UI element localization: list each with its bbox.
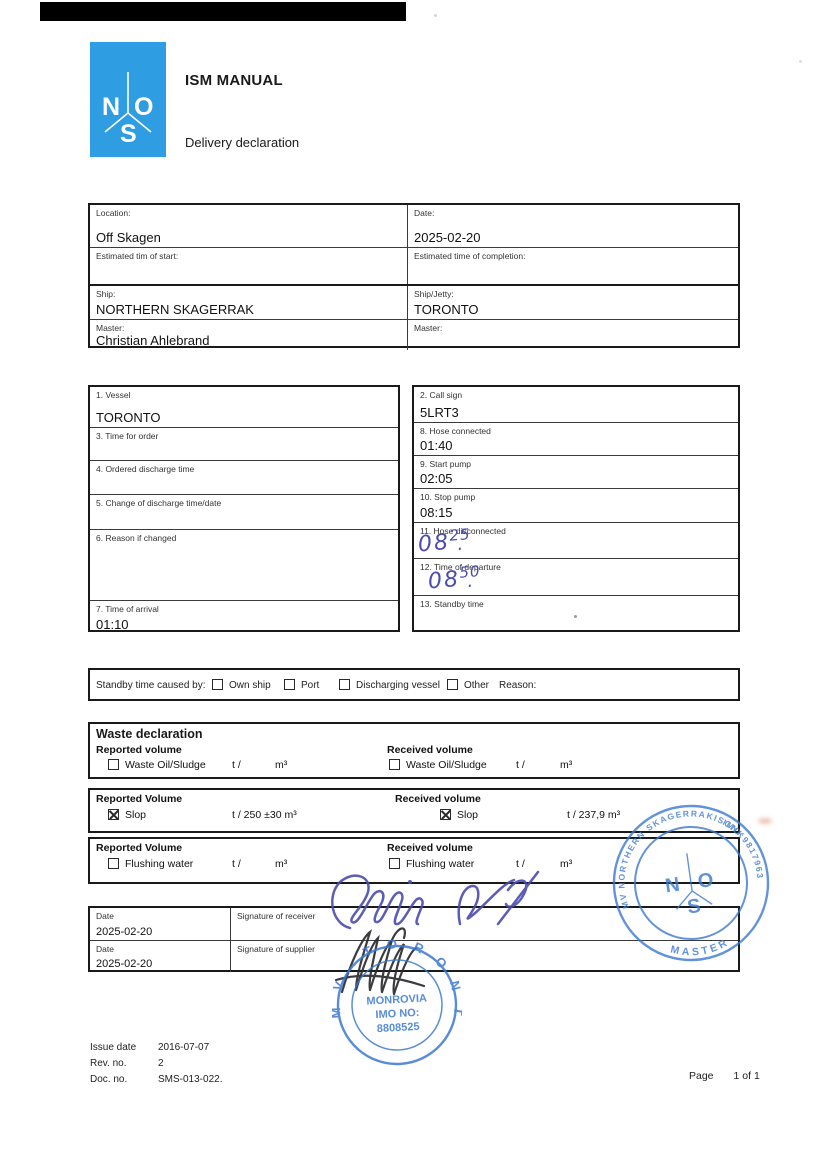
own-ship-label: Own ship	[229, 680, 271, 691]
header-row-master: Master: Christian Ahlebrand Master:	[90, 319, 738, 350]
supplier-date-label: Date	[96, 944, 114, 954]
received-flushing-unit: m³	[560, 858, 572, 870]
received-flushing-checkbox	[389, 858, 400, 869]
supplier-date-value: 2025-02-20	[96, 958, 152, 970]
reported-volume-header-3: Reported Volume	[96, 842, 182, 854]
scan-speck	[434, 14, 437, 17]
supplier-signature-row: Date 2025-02-20 Signature of supplier	[90, 940, 738, 972]
page-value: 1 of 1	[734, 1070, 760, 1082]
issue-date-row: Issue date 2016-07-07	[90, 1040, 222, 1056]
reported-oil-sludge-unit: m³	[275, 759, 287, 771]
estimated-completion-cell: Estimated time of completion:	[408, 248, 738, 284]
details-left-table: 1. Vessel TORONTO 3. Time for order 4. O…	[88, 385, 400, 632]
header-table: Location: Off Skagen Date: 2025-02-20 Es…	[88, 203, 740, 348]
toronto-stamp-imo-label: IMO NO:	[375, 1007, 420, 1021]
change-discharge-row: 5. Change of discharge time/date	[90, 494, 398, 529]
footer-document-info: Issue date 2016-07-07 Rev. no. 2 Doc. no…	[90, 1040, 222, 1088]
received-oil-sludge-checkbox	[389, 759, 400, 770]
time-of-arrival-label: 7. Time of arrival	[96, 604, 159, 614]
details-right-table: 2. Call sign 5LRT3 8. Hose connected 01:…	[412, 385, 740, 632]
reported-flushing-checkbox	[108, 858, 119, 869]
scan-speck	[574, 615, 577, 618]
stop-pump-row: 10. Stop pump 08:15	[414, 488, 738, 522]
issue-date-label: Issue date	[90, 1040, 158, 1056]
hose-connected-row: 8. Hose connected 01:40	[414, 422, 738, 455]
waste-declaration-title: Waste declaration	[96, 727, 203, 741]
rev-no-label: Rev. no.	[90, 1056, 158, 1072]
scan-smudge	[758, 818, 772, 824]
ship-jetty-value: TORONTO	[414, 302, 479, 317]
master-cell: Master: Christian Ahlebrand	[90, 320, 408, 350]
logo-letter-o: O	[134, 93, 153, 121]
received-volume-header-1: Received volume	[387, 744, 473, 756]
reported-volume-header-1: Reported volume	[96, 744, 182, 756]
ordered-discharge-label: 4. Ordered discharge time	[96, 464, 194, 474]
waste-declaration-box-flushing: Reported Volume Flushing water t / m³ Re…	[88, 837, 740, 884]
standby-caused-by-label: Standby time caused by:	[96, 680, 206, 691]
receiver-signature-row: Date 2025-02-20 Signature of receiver	[90, 908, 738, 940]
call-sign-value: 5LRT3	[420, 405, 459, 420]
vessel-value: TORONTO	[96, 410, 161, 425]
receiver-signature-cell: Signature of receiver	[231, 908, 738, 940]
supplier-signature-cell: Signature of supplier	[231, 941, 738, 972]
reported-slop-checkbox	[108, 809, 119, 820]
own-ship-checkbox	[212, 679, 223, 690]
vessel-label: 1. Vessel	[96, 390, 131, 400]
page-indicator: Page 1 of 1	[689, 1070, 760, 1082]
receiver-signature-label: Signature of receiver	[237, 911, 315, 921]
received-flushing-label: Flushing water	[406, 858, 474, 870]
supplier-signature-label: Signature of supplier	[237, 944, 315, 954]
nos-company-logo-icon: N O S	[90, 42, 166, 157]
reported-oil-sludge-checkbox	[108, 759, 119, 770]
header-row-estimated-times: Estimated tim of start: Estimated time o…	[90, 247, 738, 284]
ordered-discharge-row: 4. Ordered discharge time	[90, 460, 398, 494]
supplier-date-cell: Date 2025-02-20	[90, 941, 231, 972]
hose-disconnected-handwritten-value: 0825.	[417, 527, 478, 557]
other-label: Other	[464, 680, 489, 691]
estimated-start-cell: Estimated tim of start:	[90, 248, 408, 284]
receiver-date-value: 2025-02-20	[96, 926, 152, 938]
reason-changed-label: 6. Reason if changed	[96, 533, 176, 543]
redaction-bar	[40, 2, 406, 21]
stop-pump-value: 08:15	[420, 505, 453, 520]
document-subtitle: Delivery declaration	[185, 135, 299, 150]
date-cell: Date: 2025-02-20	[408, 205, 738, 247]
start-pump-row: 9. Start pump 02:05	[414, 455, 738, 488]
page-label: Page	[689, 1070, 714, 1082]
toronto-stamp-imo-number: 8808525	[377, 1021, 420, 1035]
scan-speck	[799, 60, 802, 63]
ship-value: NORTHERN SKAGERRAK	[96, 302, 254, 317]
ship-jetty-label: Ship/Jetty:	[414, 289, 454, 299]
logo-letter-s: S	[120, 120, 137, 148]
header-row-ship: Ship: NORTHERN SKAGERRAK Ship/Jetty: TOR…	[90, 284, 738, 319]
signature-table: Date 2025-02-20 Signature of receiver Da…	[88, 906, 740, 972]
received-volume-header-2: Received volume	[395, 793, 481, 805]
estimated-completion-label: Estimated time of completion:	[414, 251, 526, 261]
received-oil-sludge-unit: m³	[560, 759, 572, 771]
receiver-date-cell: Date 2025-02-20	[90, 908, 231, 940]
hose-connected-label: 8. Hose connected	[420, 426, 491, 436]
reported-flushing-label: Flushing water	[125, 858, 193, 870]
issue-date-value: 2016-07-07	[158, 1040, 209, 1056]
time-for-order-label: 3. Time for order	[96, 431, 158, 441]
call-sign-label: 2. Call sign	[420, 390, 462, 400]
hose-connected-value: 01:40	[420, 438, 453, 453]
reported-flushing-amount: t /	[232, 858, 241, 870]
reported-slop-label: Slop	[125, 809, 146, 821]
doc-no-row: Doc. no. SMS-013-022.	[90, 1072, 222, 1088]
date-value: 2025-02-20	[414, 230, 481, 245]
received-slop-label: Slop	[457, 809, 478, 821]
received-slop-amount: t / 237,9 m³	[567, 809, 620, 821]
standby-reason-label: Reason:	[499, 680, 536, 691]
port-label: Port	[301, 680, 319, 691]
call-sign-row: 2. Call sign 5LRT3	[414, 387, 738, 422]
time-for-order-row: 3. Time for order	[90, 427, 398, 460]
standby-caused-by-box: Standby time caused by: Own ship Port Di…	[88, 668, 740, 701]
master2-label: Master:	[414, 323, 442, 333]
time-of-departure-handwritten-value: 0850.	[427, 564, 488, 594]
rev-no-value: 2	[158, 1056, 164, 1072]
document-title: ISM MANUAL	[185, 72, 283, 89]
ship-cell: Ship: NORTHERN SKAGERRAK	[90, 286, 408, 319]
time-of-arrival-value: 01:10	[96, 617, 129, 632]
toronto-stamp-port: MONROVIA	[366, 992, 427, 1007]
vessel-row: 1. Vessel TORONTO	[90, 387, 398, 427]
received-oil-sludge-label: Waste Oil/Sludge	[406, 759, 487, 771]
receiver-date-label: Date	[96, 911, 114, 921]
estimated-start-label: Estimated tim of start:	[96, 251, 178, 261]
standby-time-label: 13. Standby time	[420, 599, 484, 609]
header-row-location-date: Location: Off Skagen Date: 2025-02-20	[90, 205, 738, 247]
reported-flushing-unit: m³	[275, 858, 287, 870]
ship-label: Ship:	[96, 289, 115, 299]
reported-volume-header-2: Reported Volume	[96, 793, 182, 805]
location-label: Location:	[96, 208, 131, 218]
start-pump-label: 9. Start pump	[420, 459, 471, 469]
ship-jetty-cell: Ship/Jetty: TORONTO	[408, 286, 738, 319]
start-pump-value: 02:05	[420, 471, 453, 486]
discharging-vessel-checkbox	[339, 679, 350, 690]
other-checkbox	[447, 679, 458, 690]
change-discharge-label: 5. Change of discharge time/date	[96, 498, 221, 508]
stop-pump-label: 10. Stop pump	[420, 492, 475, 502]
received-oil-sludge-amount: t /	[516, 759, 525, 771]
location-value: Off Skagen	[96, 230, 161, 245]
reported-slop-amount: t / 250 ±30 m³	[232, 809, 297, 821]
location-cell: Location: Off Skagen	[90, 205, 408, 247]
date-label: Date:	[414, 208, 434, 218]
waste-declaration-box-slop: Reported Volume Slop t / 250 ±30 m³ Rece…	[88, 788, 740, 833]
port-checkbox	[284, 679, 295, 690]
rev-no-row: Rev. no. 2	[90, 1056, 222, 1072]
received-slop-checkbox	[440, 809, 451, 820]
doc-no-value: SMS-013-022.	[158, 1072, 222, 1088]
received-flushing-amount: t /	[516, 858, 525, 870]
doc-no-label: Doc. no.	[90, 1072, 158, 1088]
discharging-vessel-label: Discharging vessel	[356, 680, 440, 691]
reason-changed-row: 6. Reason if changed	[90, 529, 398, 600]
received-volume-header-3: Received volume	[387, 842, 473, 854]
logo-letter-n: N	[102, 93, 120, 121]
master-label: Master:	[96, 323, 124, 333]
scanned-document-page: N O S ISM MANUAL Delivery declaration Lo…	[0, 0, 826, 1169]
hose-disconnected-row: 11. Hose disconnected 0825.	[414, 522, 738, 558]
reported-oil-sludge-amount: t /	[232, 759, 241, 771]
time-of-departure-row: 12. Time of departure 0850.	[414, 558, 738, 595]
waste-declaration-box-oil-sludge: Waste declaration Reported volume Waste …	[88, 722, 740, 779]
time-of-arrival-row: 7. Time of arrival 01:10	[90, 600, 398, 634]
master2-cell: Master:	[408, 320, 738, 350]
master-value: Christian Ahlebrand	[96, 333, 209, 348]
reported-oil-sludge-label: Waste Oil/Sludge	[125, 759, 206, 771]
